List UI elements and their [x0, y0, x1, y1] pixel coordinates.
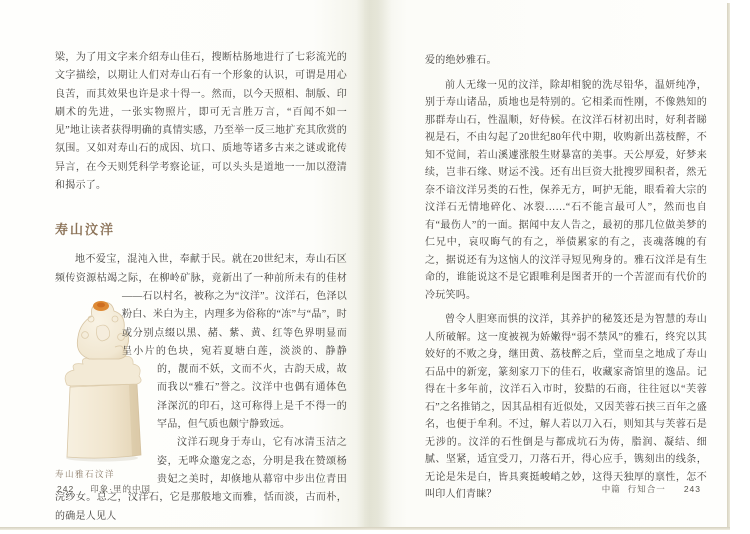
page-number: 243: [684, 484, 701, 494]
paragraph-continuation: 爱的绝妙雅石。: [425, 52, 707, 70]
paragraph: 曾令人胆寒而惧的汶洋，其养护的秘笈还是为智慧的寿山人所破解。这一度被视为娇嫩得“…: [425, 311, 707, 504]
paragraph: 前人无缘一见的汶洋，除却相貌的洗尽铅华，温妍纯净，别于寿山诸品，质地也是特别的。…: [425, 77, 707, 305]
right-page-content: 爱的绝妙雅石。 前人无缘一见的汶洋，除却相貌的洗尽铅华，温妍纯净，别于寿山诸品，…: [425, 52, 707, 504]
book-title: 印象·里的中国: [90, 484, 151, 494]
page-right: 爱的绝妙雅石。 前人无缘一见的汶洋，除却相貌的洗尽铅华，温妍纯净，别于寿山诸品，…: [364, 0, 728, 527]
book-spread: 梁，为了用文字来介绍寿山佳石，搜断枯肠地进行了七彩流光的文字描绘，以期让人们对寿…: [0, 0, 728, 527]
section-title: 寿山汶洋: [55, 219, 347, 238]
paragraph-continuation: 梁，为了用文字来介绍寿山佳石，搜断枯肠地进行了七彩流光的文字描绘，以期让人们对寿…: [55, 49, 347, 195]
left-running-footer: 242印象·里的中国: [57, 483, 151, 495]
chapter-title: 行知合一: [628, 484, 666, 494]
part-title: 中篇: [602, 484, 621, 494]
book-scan: 梁，为了用文字来介绍寿山佳石，搜断枯肠地进行了七彩流光的文字描绘，以期让人们对寿…: [0, 0, 750, 534]
left-page-content: 梁，为了用文字来介绍寿山佳石，搜断枯肠地进行了七彩流光的文字描绘，以期让人们对寿…: [55, 49, 347, 526]
page-number: 242: [57, 484, 74, 494]
photo-caption: 寿山雅石汶洋: [55, 468, 147, 480]
right-running-footer: 中篇行知合一243: [602, 483, 701, 495]
page-stack-edge-right: [727, 3, 730, 529]
page-stack-edge-bottom: [0, 527, 730, 530]
page-left: 梁，为了用文字来介绍寿山佳石，搜断枯肠地进行了七彩流光的文字描绘，以期让人们对寿…: [0, 0, 364, 527]
